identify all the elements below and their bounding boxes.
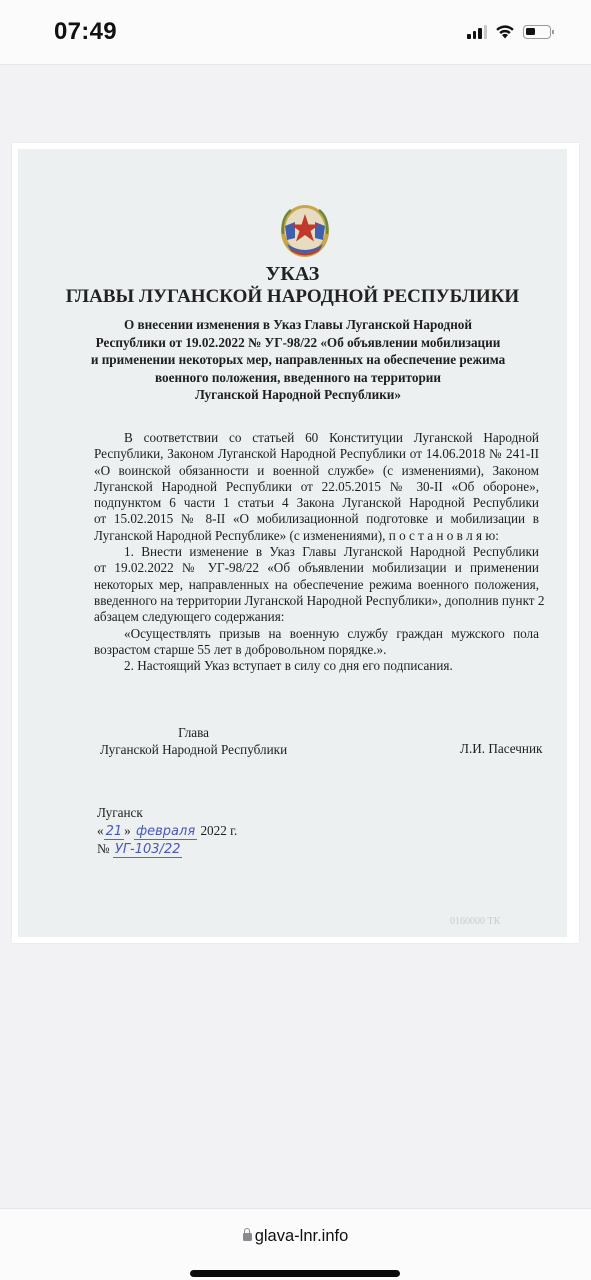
preamble-line: Луганской Народной Республике» (с измене…: [94, 528, 539, 544]
handwritten-month: февраля: [134, 824, 197, 840]
subject-line: военного положения, введенного на террит…: [78, 369, 518, 387]
quote-line: «Осуществлять призыв на военную службу г…: [94, 626, 539, 642]
handwritten-number: УГ-103/22: [113, 842, 183, 858]
decree-body: В соответствии со статьей 60 Конституции…: [94, 430, 539, 674]
preamble-line: от 15.02.2015 № 8-II «О мобилизационной …: [94, 511, 539, 527]
lock-icon: [243, 1233, 252, 1241]
position-line: Глава: [100, 724, 287, 741]
quote-line: возрастом старше 55 лет в добровольном п…: [94, 642, 539, 658]
preamble-line: подпунктом 6 части 1 статьи 4 Закона Луг…: [94, 495, 539, 511]
preamble-line: «О воинской обязанности и военной службе…: [94, 463, 539, 479]
signatory-name: Л.И. Пасечник: [460, 741, 542, 757]
status-time: 07:49: [54, 18, 117, 46]
document-image-card: УКАЗ ГЛАВЫ ЛУГАНСКОЙ НАРОДНОЙ РЕСПУБЛИКИ…: [12, 143, 579, 943]
scanned-decree-page: УКАЗ ГЛАВЫ ЛУГАНСКОЙ НАРОДНОЙ РЕСПУБЛИКИ…: [18, 149, 567, 937]
item1-line: 1. Внести изменение в Указ Главы Луганск…: [94, 544, 539, 560]
decree-subject: О внесении изменения в Указ Главы Луганс…: [78, 316, 518, 404]
faint-stamp-text: 0160000 ТК: [450, 916, 500, 927]
place-date-block: Луганск «21» февраля 2022 г. № УГ-103/22: [97, 804, 237, 859]
item1-line: от 19.02.2022 № УГ-98/22 «Об объявлении …: [94, 560, 539, 576]
item1-line: абзацем следующего содержания:: [94, 609, 539, 625]
wifi-icon: [495, 24, 515, 39]
place-name: Луганск: [97, 804, 237, 822]
preamble-line: В соответствии со статьей 60 Конституции…: [94, 430, 539, 446]
subject-line: и применении некоторых мер, направленных…: [78, 351, 518, 369]
status-bar: 07:49: [0, 0, 591, 65]
subject-line: Республики от 19.02.2022 № УГ-98/22 «Об …: [78, 334, 518, 352]
preamble-line: Луганской Народной Республики от 22.05.2…: [94, 479, 539, 495]
handwritten-day: 21: [104, 824, 125, 840]
battery-icon: [523, 25, 551, 39]
decree-title: УКАЗ: [18, 263, 567, 286]
item1-line: введенного на территории Луганской Народ…: [94, 593, 539, 609]
position-line: Луганской Народной Республики: [100, 741, 287, 758]
decree-date: «21» февраля 2022 г.: [97, 822, 237, 841]
date-year: 2022 г.: [200, 823, 237, 838]
subject-line: Луганской Народной Республики»: [78, 386, 518, 404]
decree-issuer: ГЛАВЫ ЛУГАНСКОЙ НАРОДНОЙ РЕСПУБЛИКИ: [18, 286, 567, 308]
url-text[interactable]: glava-lnr.info: [255, 1227, 349, 1245]
signatory-position: Глава Луганской Народной Республики: [100, 724, 287, 758]
browser-bottom-bar: glava-lnr.info: [0, 1208, 591, 1280]
subject-line: О внесении изменения в Указ Главы Луганс…: [78, 316, 518, 334]
lnr-coat-of-arms-icon: [279, 204, 331, 258]
cellular-signal-icon: [467, 25, 487, 39]
address-bar[interactable]: glava-lnr.info: [0, 1227, 591, 1246]
preamble-line: Республики, Законом Луганской Народной Р…: [94, 446, 539, 462]
item2-line: 2. Настоящий Указ вступает в силу со дня…: [94, 658, 539, 674]
status-icons: [467, 24, 551, 39]
home-indicator[interactable]: [190, 1270, 400, 1277]
item1-line: некоторых мер, направленных на обеспечен…: [94, 577, 539, 593]
decree-number: № УГ-103/22: [97, 840, 237, 859]
